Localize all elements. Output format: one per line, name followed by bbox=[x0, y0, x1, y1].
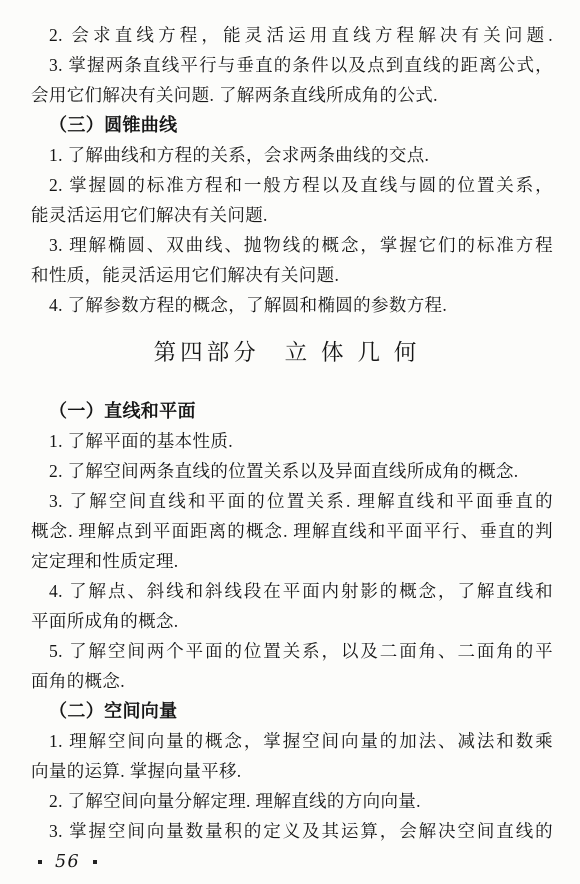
text-line: 能灵活运用它们解决有关问题. bbox=[31, 200, 553, 230]
text-line: 3. 理解椭圆、双曲线、抛物线的概念，掌握它们的标准方程 bbox=[31, 230, 553, 260]
text-line: 3. 掌握两条直线平行与垂直的条件以及点到直线的距离公式， bbox=[31, 50, 553, 80]
text-line: 1. 理解空间向量的概念，掌握空间向量的加法、减法和数乘 bbox=[31, 726, 553, 756]
text-line: 3. 了解空间直线和平面的位置关系. 理解直线和平面垂直的 bbox=[31, 486, 553, 516]
section-heading: （二）空间向量 bbox=[31, 696, 553, 726]
section-heading: （一）直线和平面 bbox=[31, 396, 553, 426]
document-page: 2. 会求直线方程，能灵活运用直线方程解决有关问题. 3. 掌握两条直线平行与垂… bbox=[0, 0, 580, 884]
text-line: 5. 了解空间两个平面的位置关系，以及二面角、二面角的平 bbox=[31, 636, 553, 666]
page-number: 56 bbox=[55, 852, 80, 872]
text-line: 平面所成角的概念. bbox=[31, 606, 553, 636]
text-line: 面角的概念. bbox=[31, 666, 553, 696]
text-line: 2. 会求直线方程，能灵活运用直线方程解决有关问题. bbox=[31, 20, 553, 50]
text-line: 1. 了解平面的基本性质. bbox=[31, 426, 553, 456]
part-heading-title: 立体几何 bbox=[285, 340, 431, 365]
section-heading: （三）圆锥曲线 bbox=[31, 110, 553, 140]
text-line: 3. 掌握空间向量数量积的定义及其运算，会解决空间直线的 bbox=[31, 816, 553, 846]
text-line: 定定理和性质定理. bbox=[31, 546, 553, 576]
text-line: 2. 了解空间向量分解定理. 理解直线的方向向量. bbox=[31, 786, 553, 816]
text-line: 4. 了解参数方程的概念，了解圆和椭圆的参数方程. bbox=[31, 290, 553, 320]
square-dot-icon bbox=[93, 860, 97, 864]
part-heading-number: 第四部分 bbox=[154, 340, 260, 365]
text-line: 概念. 理解点到平面距离的概念. 理解直线和平面平行、垂直的判 bbox=[31, 516, 553, 546]
page-footer: 56 bbox=[31, 850, 553, 874]
text-line: 和性质，能灵活运用它们解决有关问题. bbox=[31, 260, 553, 290]
text-line: 向量的运算. 掌握向量平移. bbox=[31, 756, 553, 786]
square-dot-icon bbox=[38, 860, 42, 864]
text-line: 4. 了解点、斜线和斜线段在平面内射影的概念，了解直线和 bbox=[31, 576, 553, 606]
part-heading: 第四部分立体几何 bbox=[31, 336, 553, 370]
text-line: 会用它们解决有关问题. 了解两条直线所成角的公式. bbox=[31, 80, 553, 110]
text-line: 1. 了解曲线和方程的关系，会求两条曲线的交点. bbox=[31, 140, 553, 170]
text-line: 2. 掌握圆的标准方程和一般方程以及直线与圆的位置关系， bbox=[31, 170, 553, 200]
text-line: 2. 了解空间两条直线的位置关系以及异面直线所成角的概念. bbox=[31, 456, 553, 486]
